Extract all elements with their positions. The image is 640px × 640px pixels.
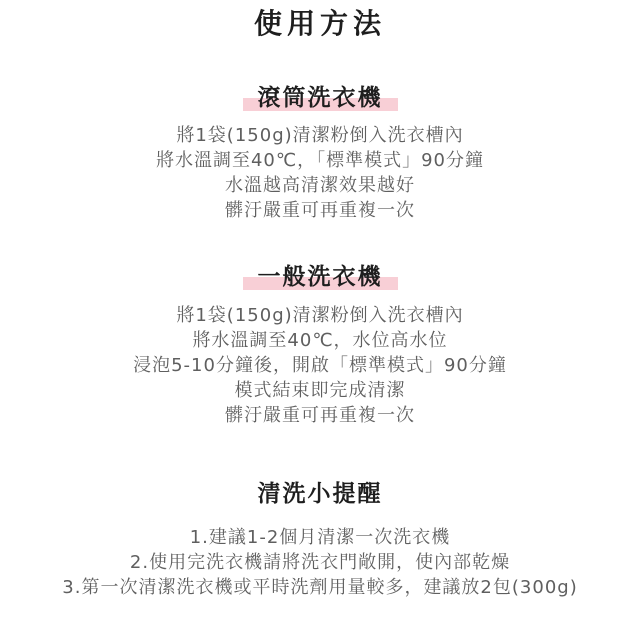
instruction-line: 將1袋(150g)清潔粉倒入洗衣槽內	[0, 303, 640, 328]
instruction-line: 浸泡5-10分鐘後，開啟「標準模式」90分鐘	[0, 353, 640, 378]
section-drum-washer: 滾筒洗衣機 將1袋(150g)清潔粉倒入洗衣槽內 將水溫調至40℃，「標準模式」…	[0, 84, 640, 223]
section-heading-cleaning-tips: 清洗小提醒	[0, 480, 640, 508]
section-heading-text: 滾筒洗衣機	[258, 84, 383, 112]
page-title: 使用方法	[0, 8, 640, 40]
instruction-line: 髒汙嚴重可再重複一次	[0, 403, 640, 428]
instruction-line: 將水溫調至40℃，「標準模式」90分鐘	[0, 148, 640, 173]
instruction-line: 髒汙嚴重可再重複一次	[0, 198, 640, 223]
section-heading-standard-washer: 一般洗衣機	[0, 263, 640, 291]
instruction-line: 水溫越高清潔效果越好	[0, 173, 640, 198]
section-cleaning-tips: 清洗小提醒 1.建議1-2個月清潔一次洗衣機 2.使用完洗衣機請將洗衣門敞開，使…	[0, 480, 640, 600]
tip-line: 1.建議1-2個月清潔一次洗衣機	[0, 525, 640, 550]
tip-line: 3.第一次清潔洗衣機或平時洗劑用量較多，建議放2包(300g)	[0, 575, 640, 600]
usage-instructions-page: 使用方法 滾筒洗衣機 將1袋(150g)清潔粉倒入洗衣槽內 將水溫調至40℃，「…	[0, 0, 640, 640]
section-heading-text: 一般洗衣機	[258, 263, 383, 291]
section-standard-washer: 一般洗衣機 將1袋(150g)清潔粉倒入洗衣槽內 將水溫調至40℃，水位高水位 …	[0, 263, 640, 428]
tip-line: 2.使用完洗衣機請將洗衣門敞開，使內部乾燥	[0, 550, 640, 575]
instruction-line: 將1袋(150g)清潔粉倒入洗衣槽內	[0, 123, 640, 148]
section-heading-text: 清洗小提醒	[258, 480, 383, 508]
section-heading-drum-washer: 滾筒洗衣機	[0, 84, 640, 112]
instruction-line: 模式結束即完成清潔	[0, 378, 640, 403]
instruction-line: 將水溫調至40℃，水位高水位	[0, 328, 640, 353]
